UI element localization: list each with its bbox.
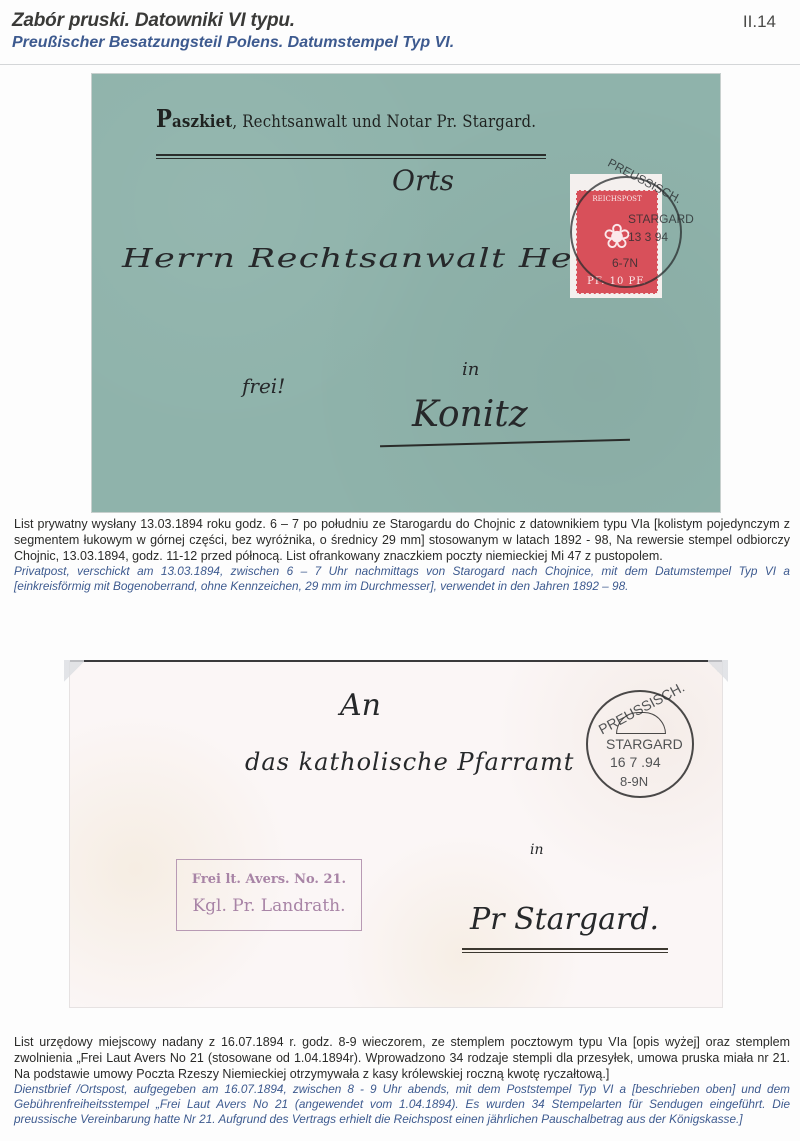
handwritten-city: Konitz: [412, 394, 528, 435]
postmark-date: 13 3 94: [628, 230, 668, 244]
handwritten-frei: frei!: [242, 374, 285, 398]
sender-title: , Rechtsanwalt und Notar Pr. Stargard.: [232, 112, 536, 132]
postmark-hour: 6-7N: [612, 256, 638, 270]
caption-polish: List prywatny wysłany 13.03.1894 roku go…: [14, 517, 790, 564]
handwritten-orts: Orts: [392, 164, 454, 197]
page-number: II.14: [743, 12, 776, 32]
handwritten-in: in: [462, 359, 479, 380]
header-divider: [0, 64, 800, 65]
postmark-hour: 8-9N: [620, 774, 648, 789]
postmark-town: STARGARD: [606, 736, 683, 752]
caption-german: Privatpost, verschickt am 13.03.1894, zw…: [14, 564, 790, 594]
postmark-date: 16 7 .94: [610, 754, 661, 770]
caption-german: Dienstbrief /Ortspost, aufgegeben am 16.…: [14, 1082, 790, 1127]
city-underline: [462, 948, 668, 950]
city-underline: [380, 439, 630, 448]
page-header: Zabór pruski. Datowniki VI typu. Preußis…: [0, 0, 800, 66]
handwritten-in: in: [530, 842, 544, 858]
caption-cover-2: List urzędowy miejscowy nadany z 16.07.1…: [14, 1035, 790, 1127]
printed-sender-line: Paszkiet, Rechtsanwalt und Notar Pr. Sta…: [156, 104, 536, 133]
frei-line-2: Kgl. Pr. Landrath.: [177, 896, 361, 916]
caption-cover-1: List prywatny wysłany 13.03.1894 roku go…: [14, 517, 790, 594]
cover-2-envelope: An das katholische Pfarramt in Pr Starga…: [70, 662, 722, 1007]
printed-rule-thin: [156, 158, 546, 159]
page-subtitle: Preußischer Besatzungsteil Polens. Datum…: [12, 34, 454, 52]
city-underline-thin: [462, 952, 668, 953]
handwritten-address: Herrn Rechtsanwalt Heyer: [122, 244, 634, 274]
cover-1-envelope: Paszkiet, Rechtsanwalt und Notar Pr. Sta…: [92, 74, 720, 512]
sender-initial: P: [156, 104, 172, 133]
printed-rule: [156, 154, 546, 156]
postmark-town: STARGARD: [628, 212, 694, 226]
mount-corner: [708, 660, 728, 684]
frei-line-1: Frei lt. Avers. No. 21.: [177, 872, 361, 887]
caption-polish: List urzędowy miejscowy nadany z 16.07.1…: [14, 1035, 790, 1082]
mount-corner: [64, 660, 84, 684]
handwritten-city: Pr Stargard.: [470, 902, 659, 937]
handwritten-an: An: [340, 688, 381, 723]
sender-name: aszkiet: [172, 112, 232, 132]
frei-handstamp: Frei lt. Avers. No. 21. Kgl. Pr. Landrat…: [176, 859, 362, 931]
page-title: Zabór pruski. Datowniki VI typu.: [12, 10, 295, 32]
handwritten-address: das katholische Pfarramt: [245, 748, 574, 776]
